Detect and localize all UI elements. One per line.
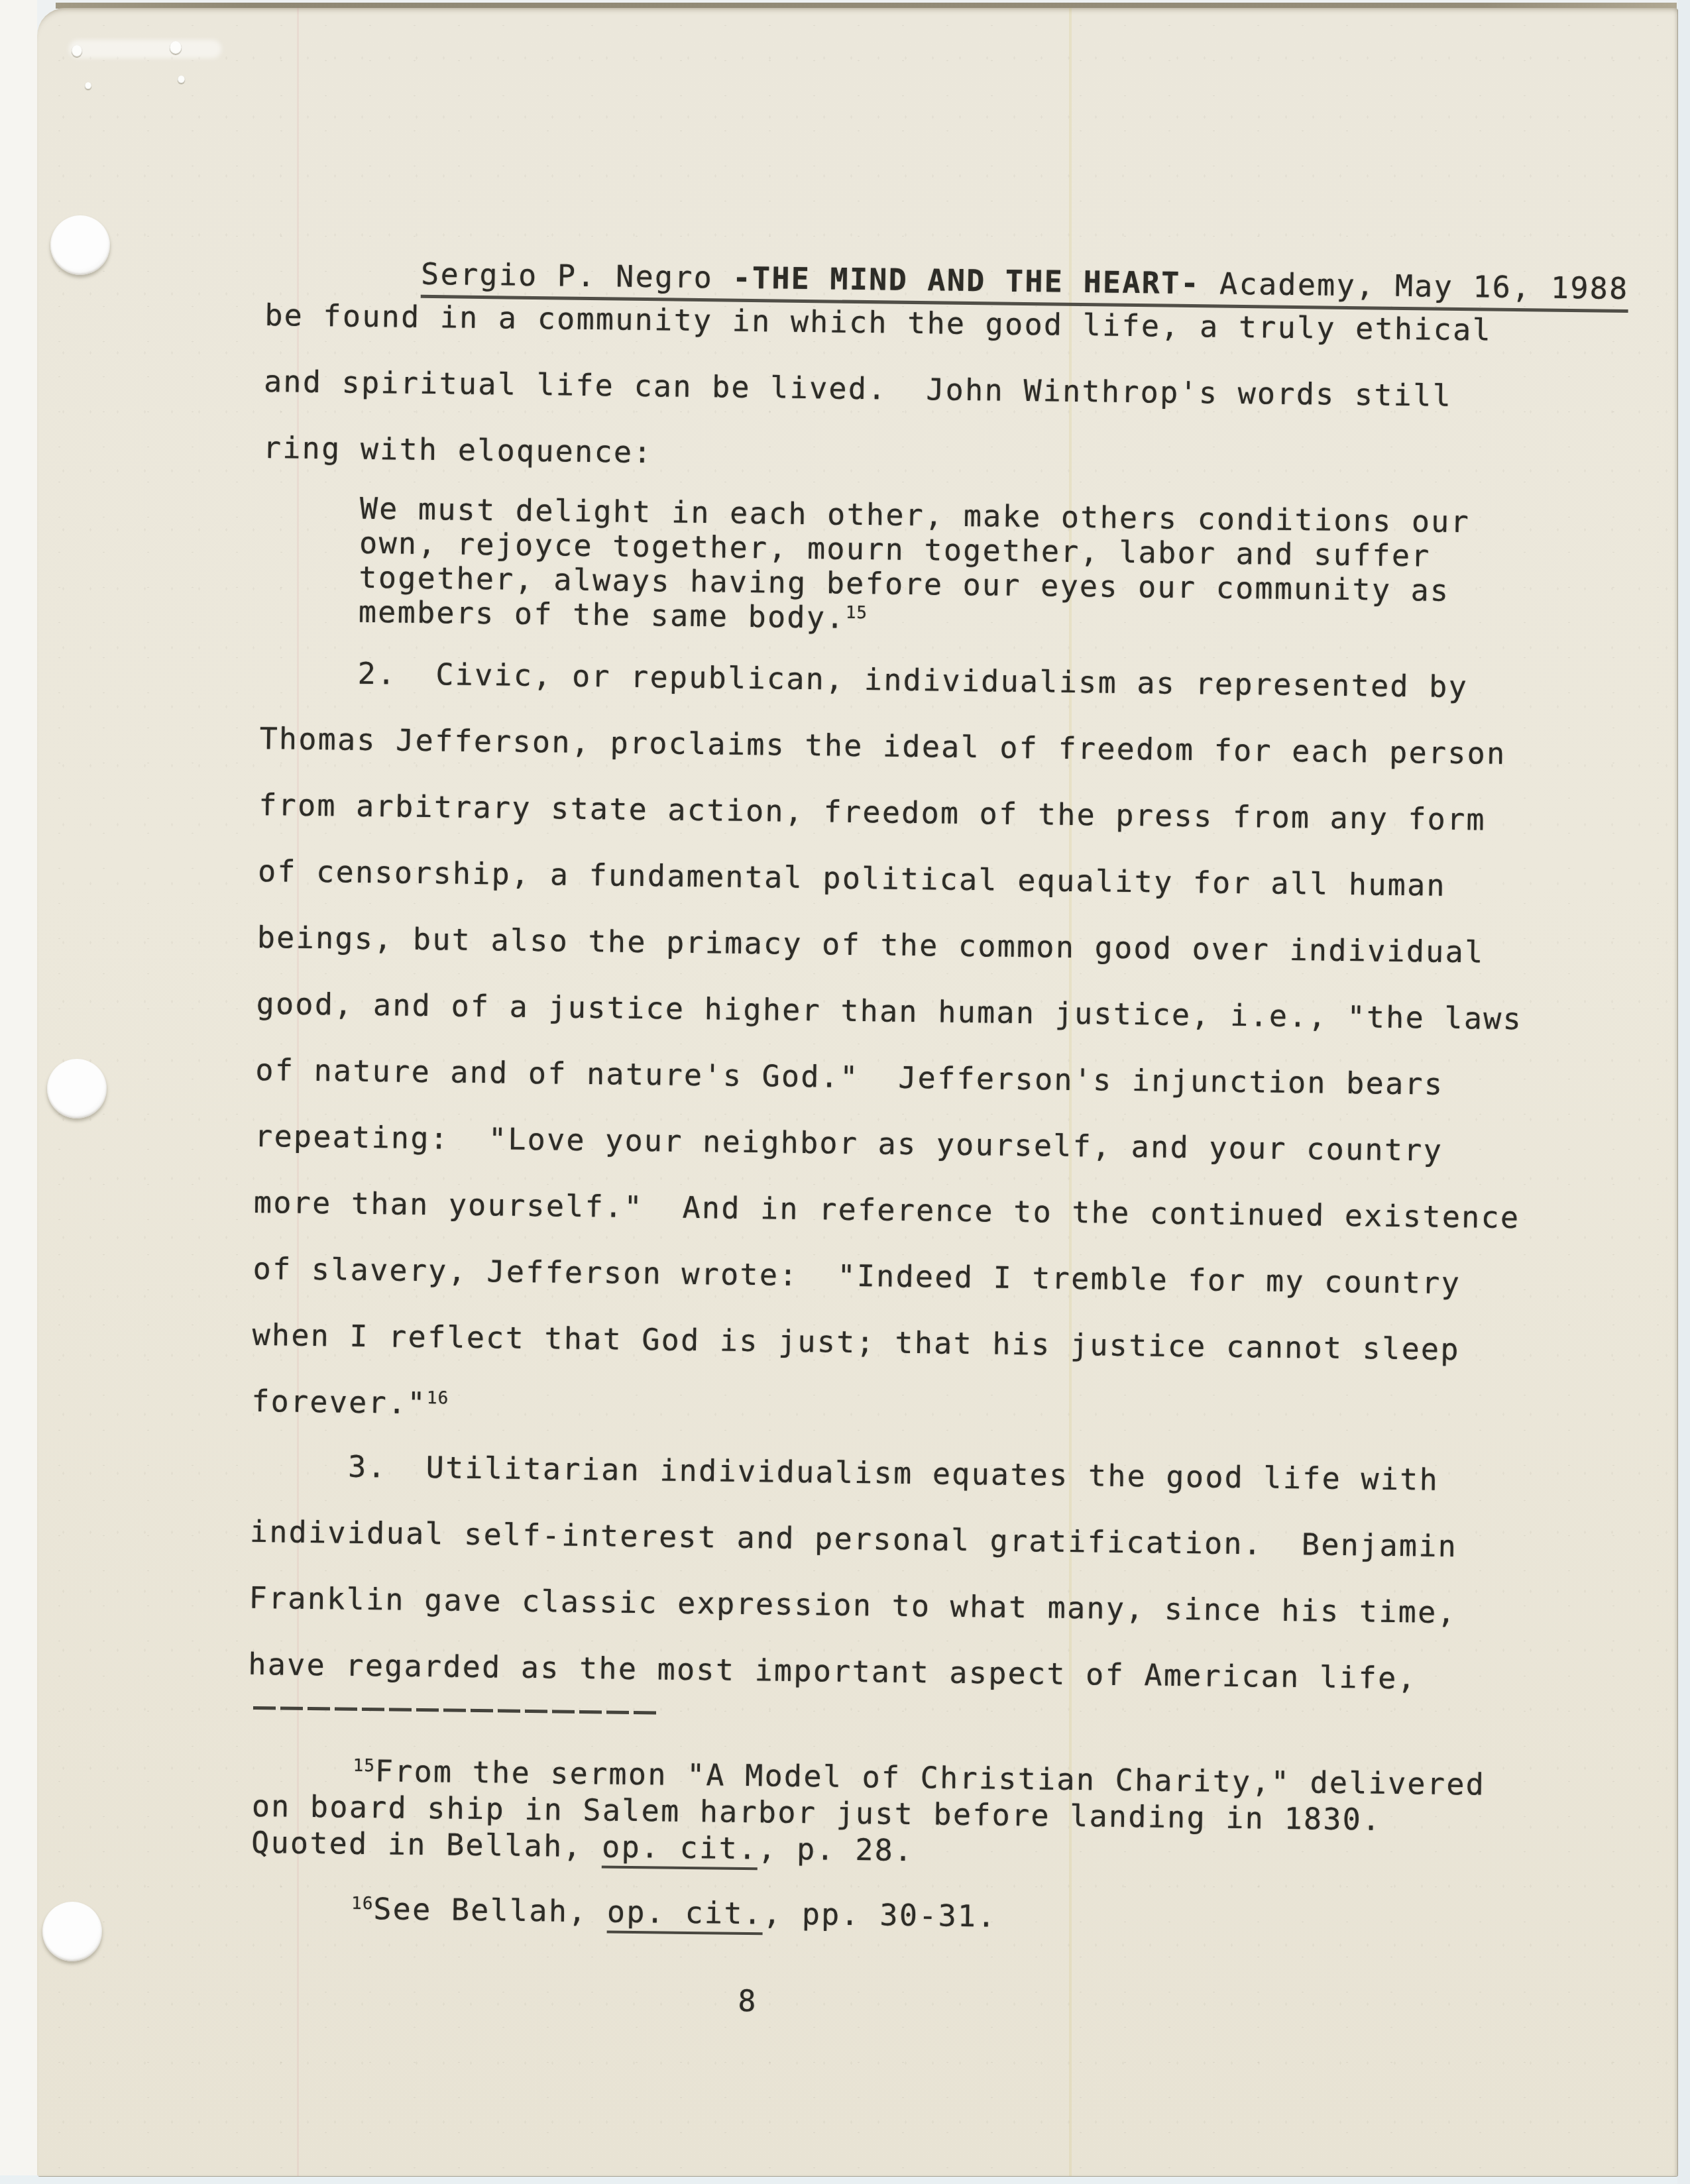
page-number: 8	[738, 1986, 758, 2016]
staple-mark	[170, 41, 182, 54]
scanner-left-margin	[0, 0, 37, 2184]
staple-impression	[69, 40, 221, 58]
footnote-separator	[253, 1706, 657, 1714]
body-line: beings, but also the primacy of the comm…	[257, 922, 1485, 967]
footnote-text: See Bellah,	[373, 1891, 607, 1929]
footnote-text: , p. 28.	[758, 1831, 914, 1868]
punch-hole-middle	[47, 1059, 107, 1119]
footnote-15-line: Quoted in Bellah, op. cit., p. 28.	[251, 1828, 914, 1865]
body-line-text: forever."	[251, 1384, 427, 1421]
body-line: forever."16	[251, 1386, 449, 1419]
op-cit-citation: op. cit.	[602, 1829, 758, 1870]
staple-mark	[178, 76, 185, 83]
op-cit-citation: op. cit.	[607, 1894, 763, 1935]
body-line: 3. Utilitarian individualism equates the…	[348, 1452, 1439, 1495]
header-venue-date: Academy, May 16, 1988	[1200, 266, 1629, 306]
footnote-marker-16: 16	[351, 1895, 374, 1912]
header-author: Sergio P. Negro	[421, 256, 733, 296]
body-line: and spiritual life can be lived. John Wi…	[264, 366, 1452, 411]
body-line: from arbitrary state action, freedom of …	[258, 790, 1486, 835]
header-title: -THE MIND AND THE HEART-	[732, 260, 1200, 301]
footnote-ref-15: 15	[846, 604, 868, 622]
staple-mark	[85, 82, 91, 89]
blockquote-line-text: members of the same body.	[359, 594, 846, 635]
typed-text-block: Sergio P. Negro -THE MIND AND THE HEART-…	[243, 227, 1585, 2072]
body-line: have regarded as the most important aspe…	[248, 1649, 1417, 1694]
document-page: Sergio P. Negro -THE MIND AND THE HEART-…	[37, 8, 1677, 2176]
punch-hole-bottom	[42, 1902, 102, 1961]
body-line: ring with eloquence:	[263, 433, 653, 467]
scanner-right-margin	[1677, 0, 1690, 2184]
body-line: 2. Civic, or republican, individualism a…	[358, 659, 1469, 702]
footnote-16-line: 16See Bellah, op. cit., pp. 30-31.	[351, 1894, 997, 1932]
body-line: Franklin gave classic expression to what…	[249, 1583, 1457, 1627]
blockquote-line: members of the same body.15	[359, 597, 868, 633]
body-line: of nature and of nature's God." Jefferso…	[255, 1055, 1443, 1099]
footnote-marker-15: 15	[353, 1757, 375, 1774]
footnote-ref-16: 16	[427, 1390, 449, 1407]
staple-mark	[72, 45, 82, 57]
punch-hole-top	[50, 215, 110, 275]
scanned-document: Sergio P. Negro -THE MIND AND THE HEART-…	[0, 0, 1690, 2184]
body-line: of slavery, Jefferson wrote: "Indeed I t…	[253, 1254, 1461, 1298]
footnote-text: , pp. 30-31.	[763, 1896, 997, 1934]
body-line: when I reflect that God is just; that hi…	[252, 1320, 1460, 1364]
body-line: good, and of a justice higher than human…	[256, 989, 1522, 1034]
body-line: Thomas Jefferson, proclaims the ideal of…	[259, 724, 1506, 769]
footnote-text: Quoted in Bellah,	[251, 1825, 602, 1864]
body-line: individual self-interest and personal gr…	[250, 1517, 1458, 1561]
body-line: repeating: "Love your neighbor as yourse…	[254, 1121, 1443, 1166]
scanner-bottom-margin	[0, 2175, 1690, 2184]
body-line: more than yourself." And in reference to…	[254, 1187, 1520, 1232]
body-line: of censorship, a fundamental political e…	[258, 856, 1446, 901]
